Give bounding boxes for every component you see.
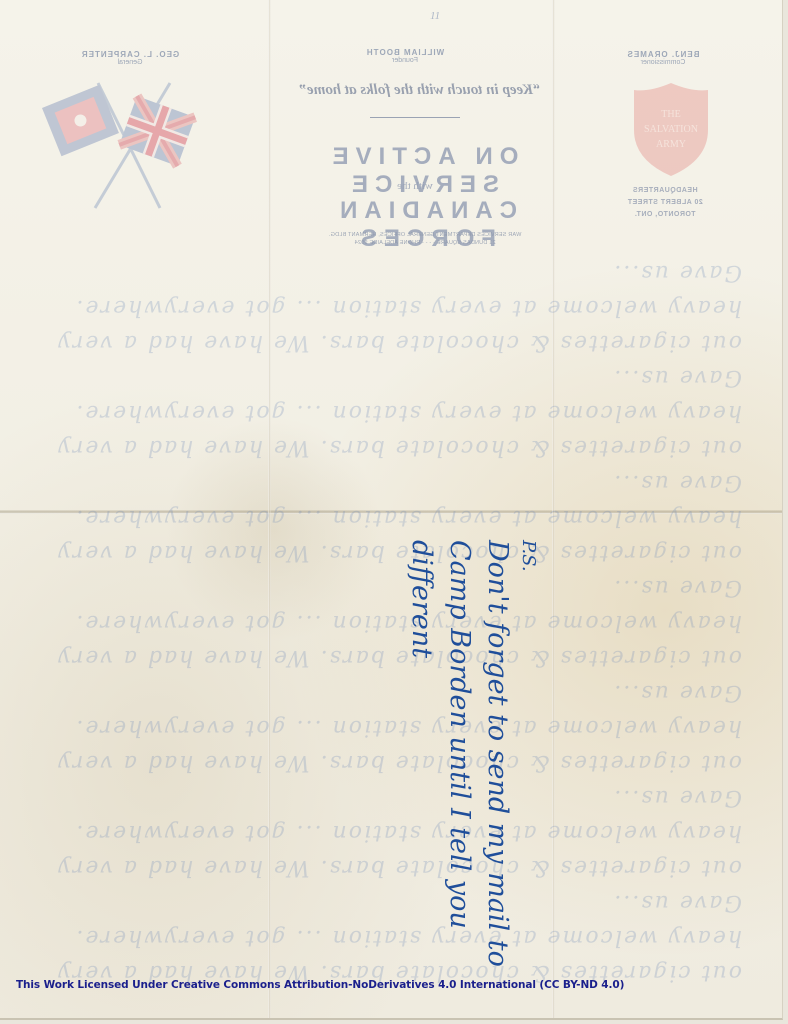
- svg-text:SALVATION: SALVATION: [644, 124, 698, 135]
- motto-divider: [370, 117, 460, 118]
- license-notice: This Work Licensed Under Creative Common…: [16, 979, 624, 991]
- show-through-handwriting: out cigarettes & chocolate bars. We have…: [0, 250, 782, 990]
- hq-line3: TORONTO, ONT.: [600, 209, 730, 221]
- letterhead-founder: WILLIAM BOOTH Founder: [350, 48, 460, 64]
- hq-line2: 20 ALBERT STREET: [600, 197, 730, 209]
- letterhead-headquarters: HEADQUARTERS 20 ALBERT STREET TORONTO, O…: [600, 185, 730, 221]
- department-line1: WAR SERVICES DEPARTMENT GENERAL OFFICES,…: [270, 231, 580, 239]
- general-role: General: [55, 59, 205, 66]
- postscript-line2: Camp Borden until I tell you: [440, 540, 478, 1010]
- salvation-army-shield-icon: THE SALVATION ARMY: [630, 82, 712, 177]
- postscript-label: P.S.: [516, 540, 540, 1010]
- hq-line1: HEADQUARTERS: [600, 185, 730, 197]
- crossed-flags-icon: [40, 78, 215, 213]
- letterhead-with-the: with the: [370, 180, 460, 192]
- postscript: P.S. Don't forget to send my mail to Cam…: [402, 540, 540, 1010]
- letterhead-motto: “Keep in touch with the folks at home”: [270, 82, 570, 99]
- svg-text:THE: THE: [661, 109, 680, 120]
- commissioner-role: Commissioner: [598, 59, 728, 66]
- page-number: 11: [430, 10, 440, 22]
- letterhead-general: GEO. L. CARPENTER General: [55, 50, 205, 66]
- general-name: GEO. L. CARPENTER: [55, 50, 205, 59]
- postscript-line3: different: [402, 540, 440, 1010]
- founder-name: WILLIAM BOOTH: [350, 48, 460, 57]
- founder-role: Founder: [350, 57, 460, 64]
- letterhead-commissioner: BENJ. ORAMES Commissioner: [598, 50, 728, 66]
- letter-page: 11 GEO. L. CARPENTER General WILLIAM BOO…: [0, 0, 783, 1020]
- svg-text:ARMY: ARMY: [656, 139, 686, 150]
- postscript-line1: Don't forget to send my mail to: [478, 540, 516, 1010]
- department-line2: 21 DUNDAS SQUARE - - - - PHONE ADELAIDE …: [270, 239, 580, 247]
- commissioner-name: BENJ. ORAMES: [598, 50, 728, 59]
- letterhead-department: WAR SERVICES DEPARTMENT GENERAL OFFICES,…: [270, 231, 580, 247]
